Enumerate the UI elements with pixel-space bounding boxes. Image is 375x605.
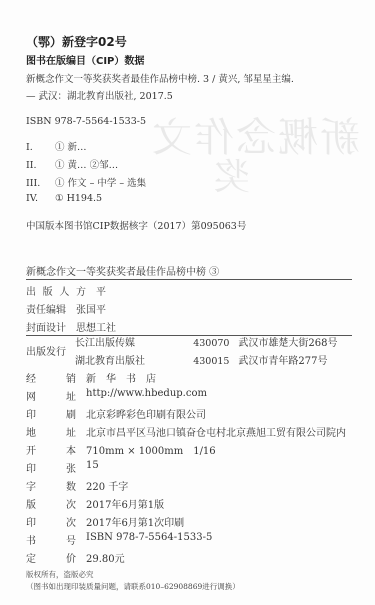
field-value: 2017年6月第1版 [86,496,164,511]
field-value: 29.80元 [86,550,125,565]
classification-number: II. [26,160,52,171]
detail-isbn: 书号 ISBN 978-7-5564-1533-5 [26,532,212,547]
classification-row: III. ① 作文 – 中学 – 选集 [26,175,146,189]
detail-distributor: 经销 新 华 书 店 [26,370,156,385]
field-label: 印次 [26,514,76,529]
detail-printing: 印次 2017年6月第1次印刷 [26,514,184,529]
cip-record-line-2: — 武汉：湖北教育出版社, 2017.5 [26,88,173,102]
classification-number: IV. [26,193,52,204]
field-label: 经销 [26,370,76,385]
publisher-address: 武汉市青年路277号 [238,352,327,367]
publisher-zip: 430070 [193,338,235,349]
field-label: 字数 [26,478,76,493]
classification-text: ① 新… [55,142,87,153]
quality-notice: （图书如出现印装质量问题，请联系010–62908869进行调换） [26,581,240,592]
field-value: 15 [86,460,99,475]
cip-isbn: ISBN 978-7-5564-1533-5 [26,116,146,127]
cip-heading: 图书在版编目（CIP）数据 [26,52,144,67]
field-label: 版次 [26,496,76,511]
classification-number: I. [26,142,52,153]
staff-editor: 责任编辑 张国平 [26,301,106,316]
field-value: 方 平 [76,283,106,298]
classification-row: II. ① 黄… ②邹… [26,157,118,171]
field-value: 张国平 [76,301,106,316]
field-value: 北京彩晔彩色印刷有限公司 [86,406,206,421]
field-label: 开本 [26,442,76,457]
publishing-label: 出版发行 [26,343,66,358]
series-title: 新概念作文一等奖获奖者最佳作品榜中榜 ③ [26,263,219,278]
field-label: 封面设计 [26,319,76,334]
field-value: 北京市昌平区马池口镇奋仓屯村北京燕旭工贸有限公司院内 [86,424,346,439]
field-value: ISBN 978-7-5564-1533-5 [86,532,212,547]
field-label: 印张 [26,460,76,475]
classification-row: IV. ① H194.5 [26,193,102,204]
publisher-address: 武汉市雄楚大街268号 [238,334,337,349]
classification-text: ① H194.5 [55,193,102,204]
field-label: 书号 [26,532,76,547]
field-value: 思想工社 [76,319,116,334]
registration-number: （鄂）新登字02号 [26,33,127,50]
website-link[interactable]: http://www.hbedup.com [86,388,207,403]
detail-price: 定价 29.80元 [26,550,125,565]
field-value: 220 千字 [86,478,128,493]
staff-cover-design: 封面设计 思想工社 [26,319,116,334]
rights-notice: 版权所有，盗版必究 [26,569,94,580]
field-value: 新 华 书 店 [86,370,156,385]
classification-row: I. ① 新… [26,139,87,153]
field-label: 责任编辑 [26,301,76,316]
divider-rule [26,279,352,280]
detail-printer: 印刷 北京彩晔彩色印刷有限公司 [26,406,206,421]
publisher-name: 长江出版传媒 [75,334,190,349]
classification-text: ① 作文 – 中学 – 选集 [55,178,146,189]
field-label: 定价 [26,550,76,565]
field-value: 2017年6月第1次印刷 [86,514,184,529]
show-through-watermark: 新概念作文 奖 [150,118,360,198]
detail-edition: 版次 2017年6月第1版 [26,496,164,511]
detail-address: 地址 北京市昌平区马池口镇奋仓屯村北京燕旭工贸有限公司院内 [26,424,346,439]
field-value: 710mm × 1000mm 1/16 [86,442,216,457]
publisher-row: 长江出版传媒 430070 武汉市雄楚大街268号 [75,334,337,349]
copyright-page: 新概念作文 奖 （鄂）新登字02号 图书在版编目（CIP）数据 新概念作文一等奖… [0,0,375,605]
publisher-zip: 430015 [193,356,235,367]
detail-sheets: 印张 15 [26,460,99,475]
field-label: 印刷 [26,406,76,421]
publisher-name: 湖北教育出版社 [75,352,190,367]
classification-text: ① 黄… ②邹… [55,160,118,171]
staff-publisher: 出 版 人 方 平 [26,283,106,298]
field-label: 地址 [26,424,76,439]
field-label: 网址 [26,388,76,403]
publisher-row: 湖北教育出版社 430015 武汉市青年路277号 [75,352,327,367]
field-label: 出 版 人 [26,283,76,298]
detail-website: 网址 http://www.hbedup.com [26,388,207,403]
cip-verification-number: 中国版本图书馆CIP数据核字（2017）第095063号 [26,218,246,232]
cip-record-line-1: 新概念作文一等奖获奖者最佳作品榜中榜. 3 / 黄兴, 邹星星主编. [26,71,294,85]
detail-format: 开本 710mm × 1000mm 1/16 [26,442,216,457]
detail-word-count: 字数 220 千字 [26,478,128,493]
classification-number: III. [26,178,52,189]
